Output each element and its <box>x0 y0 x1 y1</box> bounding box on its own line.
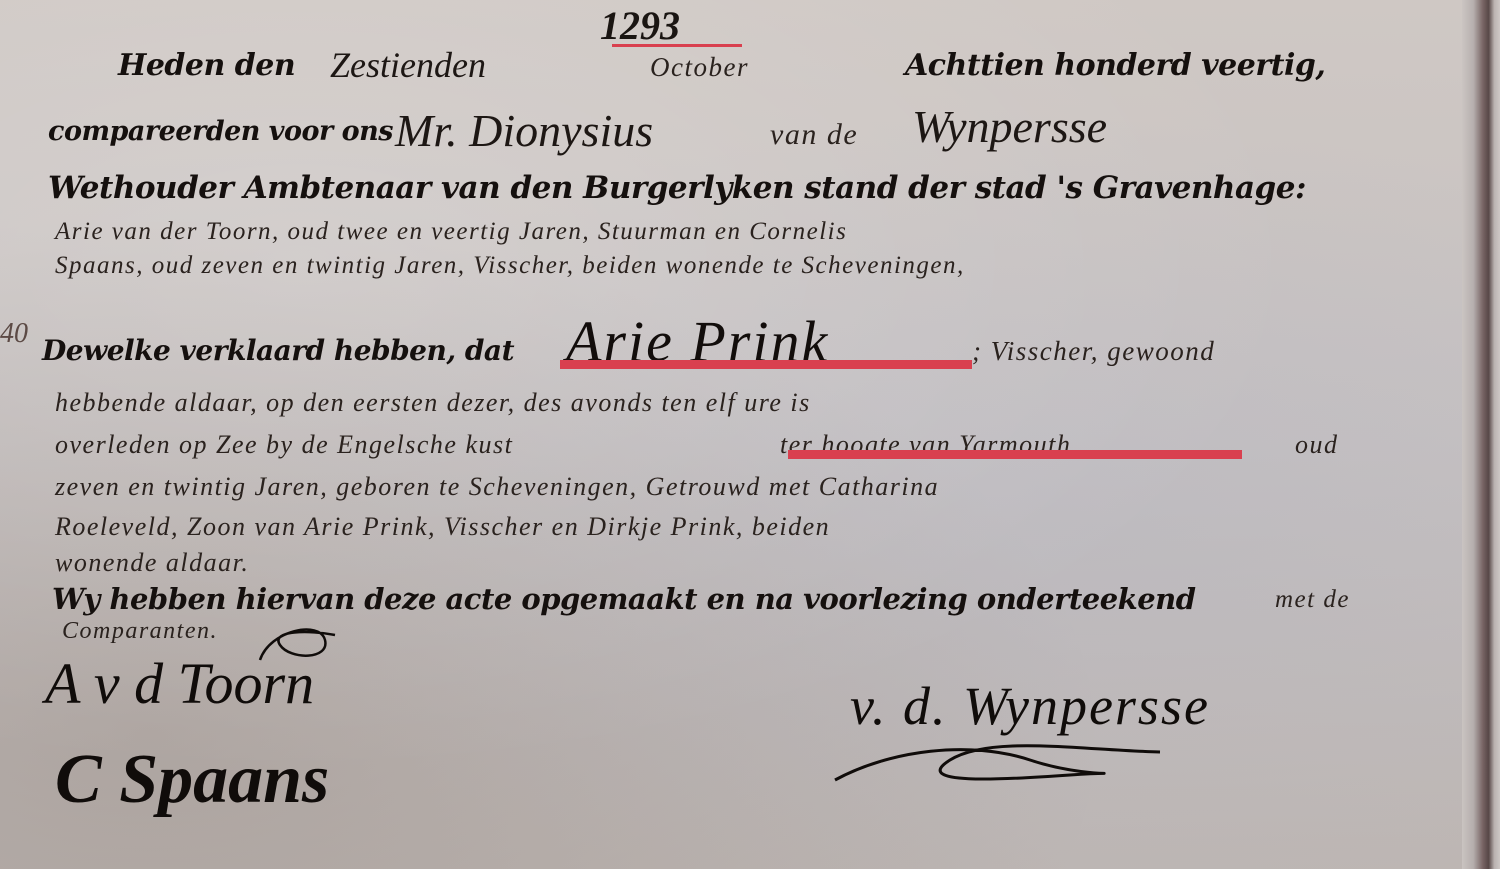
record-number-underline <box>612 44 742 47</box>
text-compareerden: compareerden voor ons <box>48 116 393 147</box>
age-label: oud <box>1295 430 1339 460</box>
handwritten-month: October <box>650 52 749 83</box>
signature-official: v. d. Wynpersse <box>850 675 1210 737</box>
death-place-underline <box>788 450 1242 459</box>
deceased-name-underline <box>560 360 972 369</box>
official-name-first: Mr. Dionysius <box>395 104 653 157</box>
text-heden-den: Heden den <box>118 48 295 83</box>
death-time-text: hebbende aldaar, op den eersten dezer, d… <box>55 388 811 418</box>
text-year: Achttien honderd veertig, <box>905 48 1325 83</box>
text-comparanten: Comparanten. <box>62 618 218 645</box>
signature-flourish <box>830 730 1170 790</box>
comparanten-flourish <box>250 620 340 670</box>
parents-text: Roeleveld, Zoon van Arie Prink, Visscher… <box>55 512 830 542</box>
witness-1-description: Arie van der Toorn, oud twee en veertig … <box>55 218 847 246</box>
record-number: 1293 <box>600 2 680 49</box>
age-birth-marriage-text: zeven en twintig Jaren, geboren te Schev… <box>55 472 939 502</box>
witness-2-description: Spaans, oud zeven en twintig Jaren, Viss… <box>55 252 965 280</box>
page-binding-edge <box>1462 0 1500 869</box>
official-name-last: Wynpersse <box>912 100 1107 153</box>
margin-note: 840 <box>0 318 28 350</box>
text-wethouder-ambtenaar: Wethouder Ambtenaar van den Burgerlyken … <box>48 170 1306 206</box>
text-met-de: met de <box>1275 586 1350 614</box>
parents-residence-text: wonende aldaar. <box>55 548 249 578</box>
official-name-van-de: van de <box>770 118 858 152</box>
text-wy-hebben: Wy hebben hiervan deze acte opgemaakt en… <box>52 582 1196 616</box>
signature-witness-2: C Spaans <box>55 740 329 820</box>
deceased-occupation: ; Visscher, gewoond <box>972 336 1215 367</box>
text-dewelke-verklaard: Dewelke verklaard hebben, dat <box>42 334 514 367</box>
handwritten-day: Zestienden <box>330 44 486 86</box>
death-place-text: overleden op Zee by de Engelsche kust <box>55 430 513 460</box>
